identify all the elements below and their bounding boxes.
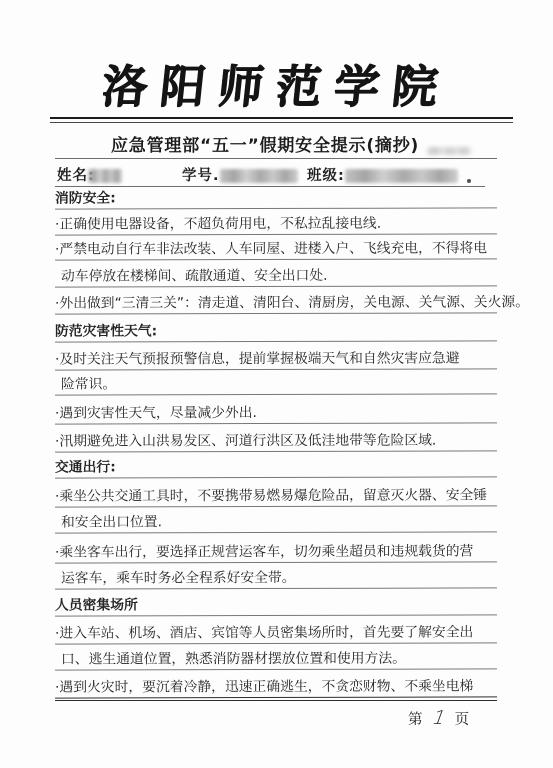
document-subtitle-row: 应急管理部“五一”假期安全提示(摘抄) [55,132,497,159]
class-value-redacted [345,169,458,183]
line-text: 运客车，乘车时务必全程系好安全带。 [55,570,296,588]
line-text: ·正确使用电器设备，不超负荷用电，不私拉乱接电线. [55,216,381,234]
handwritten-line: ·乘坐公共交通工具时，不要携带易燃易爆危险品，留意灭火器、安全锤 [55,481,497,507]
document-page: 洛阳师范学院 应急管理部“五一”假期安全提示(摘抄) 姓名: 学号. 班级: 消… [0,0,553,768]
line-text: ·外出做到“三清三关”：清走道、清阳台、清厨房，关电源、关气源、关火源。 [55,295,529,314]
handwritten-line: ·汛期避免进入山洪易发区、河道行洪区及低洼地带等危险区域. [55,426,497,452]
line-text: ·汛期避免进入山洪易发区、河道行洪区及低洼地带等危险区域. [55,433,436,452]
student-id-label: 学号. [182,164,220,185]
line-text: 口、逃生通道位置，熟悉消防器材摆放位置和使用方法。 [55,651,406,669]
line-text: 交通出行: [55,460,116,478]
line-text: ·遇到灾害性天气，尽量减少外出. [55,406,257,424]
handwritten-line: ·外出做到“三清三关”：清走道、清阳台、清厨房，关电源、关气源、关火源。 [55,288,497,314]
section-header-fire-safety: 消防安全: [55,183,497,209]
page-number: 1 [428,707,448,729]
handwritten-line-continuation: 和安全出口位置. [55,507,497,533]
line-text: ·乘坐公共交通工具时，不要携带易燃易爆危险品，留意灭火器、安全锤 [55,488,487,507]
line-text: 和安全出口位置. [55,515,162,533]
handwritten-line: ·进入车站、机场、酒店、宾馆等人员密集场所时，首先要了解安全出 [55,618,497,644]
line-text: 人员密集场所 [55,598,138,616]
handwritten-line: ·乘坐客车出行，要选择正规营运客车，切勿乘坐超员和违规载货的营 [55,537,497,563]
student-id-value-redacted [220,169,298,183]
trailing-dot [467,179,471,183]
class-label: 班级: [307,164,345,185]
masthead-double-rule [50,117,513,123]
line-text: ·遇到火灾时，要沉着冷静，迅速正确逃生，不贪恋财物、不乘坐电梯 [55,679,473,698]
line-text: 防范灾害性天气: [55,324,157,342]
line-text: 动车停放在楼梯间、疏散通道、安全出口处. [55,268,328,286]
line-text: ·严禁电动自行车非法改装、人车同屋、进楼入户、飞线充电，不得将电 [55,241,487,260]
line-text: ·进入车站、机场、酒店、宾馆等人员密集场所时，首先要了解安全出 [55,625,473,644]
handwritten-line-continuation: 动车停放在楼梯间、疏散通道、安全出口处. [55,261,497,287]
section-header-transportation: 交通出行: [55,452,497,478]
section-header-disaster-weather: 防范灾害性天气: [55,316,497,342]
name-value-redacted [88,169,122,183]
handwritten-line: ·遇到灾害性天气，尽量减少外出. [55,398,497,424]
line-text: ·乘坐客车出行，要选择正规营运客车，切勿乘坐超员和违规载货的营 [55,544,473,563]
school-name-title: 洛阳师范学院 [0,50,553,115]
line-text: 险常识。 [55,377,116,395]
handwritten-line: ·正确使用电器设备，不超负荷用电，不私拉乱接电线. [55,209,497,235]
handwritten-line-continuation: 险常识。 [55,369,497,395]
handwritten-line: ·及时关注天气预报预警信息，提前掌握极端天气和自然灾害应急避 [55,344,497,370]
subtitle-smudge [427,147,471,155]
document-subtitle: 应急管理部“五一”假期安全提示(摘抄) [55,131,419,158]
page-footer: 第 1 页 [408,706,498,730]
section-header-crowded-places: 人员密集场所 [55,590,497,616]
handwritten-line: ·严禁电动自行车非法改装、人车同屋、进楼入户、飞线充电，不得将电 [55,234,497,260]
line-text: 消防安全: [55,191,116,209]
bottom-double-rule [55,700,497,701]
page-prefix: 第 [408,708,423,729]
line-text: ·及时关注天气预报预警信息，提前掌握极端天气和自然灾害应急避 [55,351,460,370]
handwritten-line: ·遇到火灾时，要沉着冷静，迅速正确逃生，不贪恋财物、不乘坐电梯 [55,672,497,698]
handwritten-line-continuation: 运客车，乘车时务必全程系好安全带。 [55,563,497,589]
page-suffix: 页 [455,708,470,729]
handwritten-line-continuation: 口、逃生通道位置，熟悉消防器材摆放位置和使用方法。 [55,644,497,670]
